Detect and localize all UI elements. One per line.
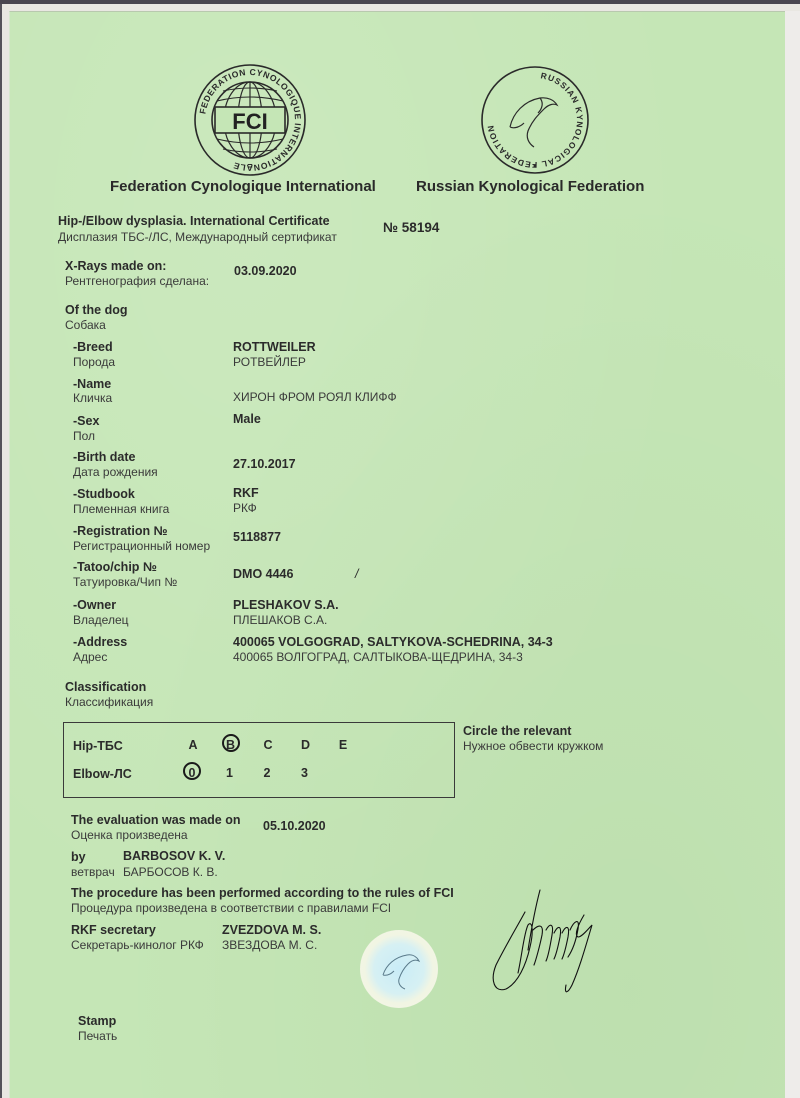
hip-grade-e: E bbox=[333, 738, 353, 752]
classification-title-en: Classification bbox=[65, 680, 146, 694]
name-label-en: -Name bbox=[73, 377, 111, 391]
fci-logo-icon: FCI FEDERATION CYNOLOGIQUE INTERNATIONAL… bbox=[193, 63, 307, 177]
svg-text:=: = bbox=[247, 161, 252, 171]
registration-label-ru: Регистрационный номер bbox=[73, 539, 210, 553]
address-label-ru: Адрес bbox=[73, 650, 107, 664]
classification-box bbox=[63, 722, 455, 798]
elbow-grade-0-selected: 0 bbox=[182, 766, 202, 780]
paper-edge-right bbox=[784, 11, 800, 1098]
evaluation-label-ru: Оценка произведена bbox=[71, 828, 188, 842]
registration-label-en: -Registration № bbox=[73, 524, 168, 538]
breed-value-ru: РОТВЕЙЛЕР bbox=[233, 355, 306, 369]
stamp-label-ru: Печать bbox=[78, 1029, 117, 1043]
hip-label: Hip-ТБС bbox=[73, 739, 123, 753]
chip-label-ru: Татуировка/Чип № bbox=[73, 575, 177, 589]
certificate-number: № 58194 bbox=[383, 220, 439, 235]
chip-value: DMO 4446 bbox=[233, 567, 293, 581]
secretary-name-ru: ЗВЕЗДОВА М. С. bbox=[222, 938, 317, 952]
xrays-label-en: X-Rays made on: bbox=[65, 259, 166, 273]
xrays-label-ru: Рентгенография сделана: bbox=[65, 274, 209, 288]
circle-note-ru: Нужное обвести кружком bbox=[463, 739, 603, 753]
studbook-label-en: -Studbook bbox=[73, 487, 135, 501]
studbook-label-ru: Племенная книга bbox=[73, 502, 169, 516]
studbook-value-en: RKF bbox=[233, 486, 259, 500]
rkf-logo-icon: RUSSIAN KYNOLOGICAL FEDERATION bbox=[480, 65, 590, 175]
evaluation-date: 05.10.2020 bbox=[263, 819, 326, 833]
owner-value-en: PLESHAKOV S.A. bbox=[233, 598, 339, 612]
chip-separator: / bbox=[355, 567, 358, 581]
hip-grade-c: C bbox=[258, 738, 278, 752]
birth-date-value: 27.10.2017 bbox=[233, 457, 296, 471]
evaluation-label-en: The evaluation was made on bbox=[71, 813, 241, 827]
svg-text:RUSSIAN KYNOLOGICAL FEDERATION: RUSSIAN KYNOLOGICAL FEDERATION bbox=[485, 70, 585, 170]
hip-grade-d: D bbox=[296, 738, 316, 752]
secretary-label-ru: Секретарь-кинолог РКФ bbox=[71, 938, 204, 952]
elbow-label: Elbow-ЛС bbox=[73, 767, 132, 781]
birth-date-label-ru: Дата рождения bbox=[73, 465, 158, 479]
hologram-borzoi-icon bbox=[375, 945, 425, 995]
studbook-value-ru: РКФ bbox=[233, 501, 257, 515]
breed-label-en: -Breed bbox=[73, 340, 113, 354]
by-label-ru: ветврач bbox=[71, 865, 115, 879]
sex-value: Male bbox=[233, 412, 261, 426]
org-name-fci: Federation Cynologique International bbox=[110, 178, 376, 195]
signature bbox=[488, 885, 608, 1000]
owner-label-en: -Owner bbox=[73, 598, 116, 612]
elbow-grade-1: 1 bbox=[220, 766, 240, 780]
owner-label-ru: Владелец bbox=[73, 613, 129, 627]
secretary-label-en: RKF secretary bbox=[71, 923, 156, 937]
sex-label-en: -Sex bbox=[73, 414, 99, 428]
address-value-en: 400065 VOLGOGRAD, SALTYKOVA-SCHEDRINA, 3… bbox=[233, 635, 553, 649]
breed-label-ru: Порода bbox=[73, 355, 115, 369]
name-value-ru: ХИРОН ФРОМ РОЯЛ КЛИФФ bbox=[233, 390, 397, 404]
elbow-grade-2: 2 bbox=[257, 766, 277, 780]
classification-title-ru: Классификация bbox=[65, 695, 153, 709]
scan-edge-top bbox=[0, 0, 800, 4]
breed-value-en: ROTTWEILER bbox=[233, 340, 316, 354]
name-label-ru: Кличка bbox=[73, 391, 112, 405]
by-label-en: by bbox=[71, 850, 86, 864]
svg-text:FCI: FCI bbox=[232, 109, 267, 134]
vet-name-en: BARBOSOV K. V. bbox=[123, 849, 225, 863]
circle-note-en: Circle the relevant bbox=[463, 724, 571, 738]
stamp-label-en: Stamp bbox=[78, 1014, 116, 1028]
org-name-rkf: Russian Kynological Federation bbox=[416, 178, 644, 195]
dog-section-ru: Собака bbox=[65, 318, 106, 332]
secretary-name-en: ZVEZDOVA M. S. bbox=[222, 923, 321, 937]
chip-label-en: -Tatoo/chip № bbox=[73, 560, 157, 574]
procedure-text-ru: Процедура произведена в соответствии с п… bbox=[71, 901, 391, 915]
birth-date-label-en: -Birth date bbox=[73, 450, 136, 464]
dog-section-en: Of the dog bbox=[65, 303, 128, 317]
procedure-text-en: The procedure has been performed accordi… bbox=[71, 886, 454, 900]
xrays-date: 03.09.2020 bbox=[234, 264, 297, 278]
address-label-en: -Address bbox=[73, 635, 127, 649]
vet-name-ru: БАРБОСОВ К. В. bbox=[123, 865, 218, 879]
hip-grade-a: A bbox=[183, 738, 203, 752]
owner-value-ru: ПЛЕШАКОВ С.А. bbox=[233, 613, 327, 627]
address-value-ru: 400065 ВОЛГОГРАД, САЛТЫКОВА-ЩЕДРИНА, 34-… bbox=[233, 650, 523, 664]
hip-grade-b-selected: B bbox=[221, 738, 241, 752]
elbow-grade-3: 3 bbox=[295, 766, 315, 780]
sex-label-ru: Пол bbox=[73, 429, 95, 443]
certificate-title-en: Hip-/Elbow dysplasia. International Cert… bbox=[58, 214, 330, 228]
registration-value: 5118877 bbox=[233, 530, 281, 544]
certificate-title-ru: Дисплазия ТБС-/ЛС, Международный сертифи… bbox=[58, 230, 337, 244]
